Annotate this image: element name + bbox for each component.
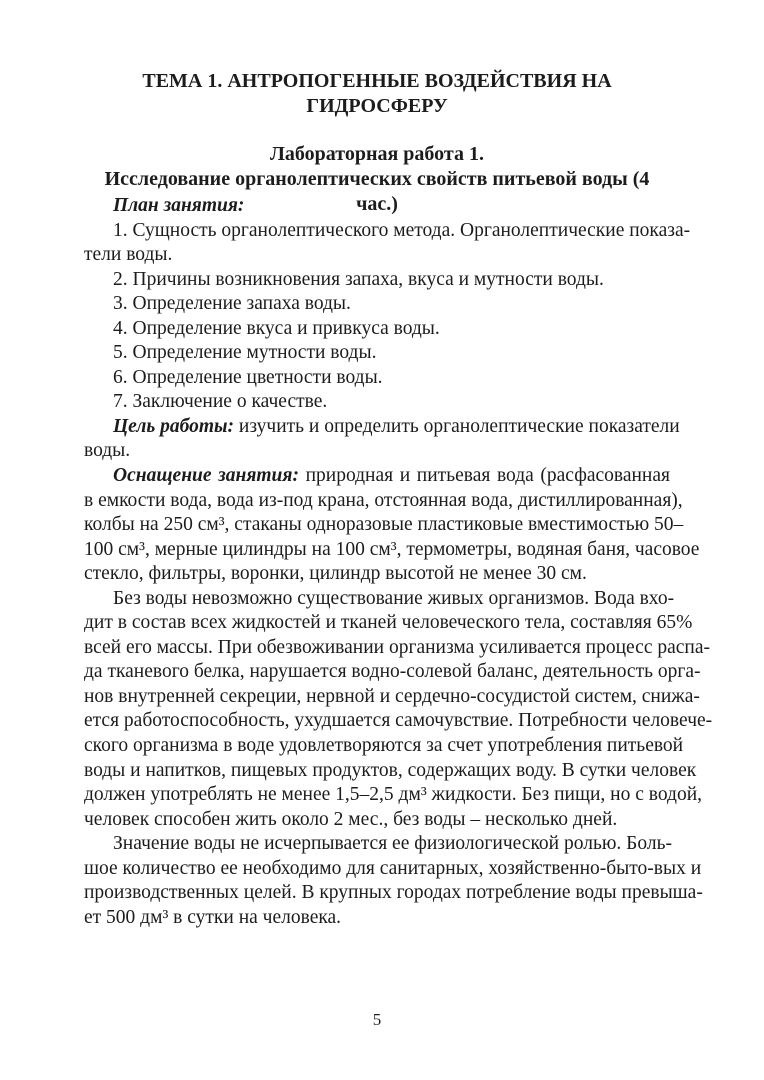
equipment-paragraph-line: Оснащение занятия: природная и питьевая … <box>84 464 670 489</box>
plan-item-line: 7. Заключение о качестве. <box>84 390 670 415</box>
equipment-paragraph-line: в емкости вода, вода из-под крана, отсто… <box>84 489 670 514</box>
topic-title: ТЕМА 1. АНТРОПОГЕННЫЕ ВОЗДЕЙСТВИЯ НА ГИД… <box>84 69 670 119</box>
paragraph-line: производственных целей. В крупных города… <box>84 881 670 906</box>
plan-item-line: 1. Сущность органолептического метода. О… <box>84 219 670 244</box>
paragraph-line: Значение воды не исчерпывается ее физиол… <box>84 832 670 857</box>
equipment-paragraph-line: 100 см³, мерные цилиндры на 100 см³, тер… <box>84 538 670 563</box>
document-page: ТЕМА 1. АНТРОПОГЕННЫЕ ВОЗДЕЙСТВИЯ НА ГИД… <box>0 0 764 1080</box>
plan-item-line: 6. Определение цветности воды. <box>84 366 670 391</box>
page-number: 5 <box>84 1010 670 1030</box>
equipment-lead-label: Оснащение занятия: <box>113 465 299 486</box>
lab-work-title: Лабораторная работа 1. <box>84 142 670 167</box>
paragraph-line: Без воды невозможно существование живых … <box>84 587 670 612</box>
goal-paragraph-line: Цель работы: изучить и определить органо… <box>84 415 670 440</box>
equipment-paragraph-line: стекло, фильтры, воронки, цилиндр высото… <box>84 562 670 587</box>
paragraph-line: да тканевого белка, нарушается водно-сол… <box>84 660 670 685</box>
paragraph-line: ского организма в воде удовлетворяются з… <box>84 734 670 759</box>
paragraph-line: нов внутренней секреции, нервной и серде… <box>84 685 670 710</box>
goal-lead-label: Цель работы: <box>113 416 234 437</box>
plan-heading: План занятия: <box>84 194 670 219</box>
plan-item-line: тели воды. <box>84 243 670 268</box>
plan-item-line: 4. Определение вкуса и привкуса воды. <box>84 317 670 342</box>
equipment-text: природная и питьевая вода (расфасованная <box>306 465 670 486</box>
paragraph-line: человек способен жить около 2 мес., без … <box>84 808 670 833</box>
paragraph-line: воды и напитков, пищевых продуктов, соде… <box>84 759 670 784</box>
plan-item-line: 3. Определение запаха воды. <box>84 292 670 317</box>
paragraph-line: всей его массы. При обезвоживании органи… <box>84 636 670 661</box>
goal-text: изучить и определить органолептические п… <box>239 416 680 437</box>
paragraph-line: шое количество ее необходимо для санитар… <box>84 857 670 882</box>
goal-paragraph-line: воды. <box>84 439 670 464</box>
body-text: План занятия: 1. Сущность органолептичес… <box>84 194 670 930</box>
equipment-paragraph-line: колбы на 250 см³, стаканы одноразовые пл… <box>84 513 670 538</box>
paragraph-line: должен употреблять не менее 1,5–2,5 дм³ … <box>84 783 670 808</box>
paragraph-line: ется работоспособность, ухудшается самоч… <box>84 709 670 734</box>
paragraph-line: ет 500 дм³ в сутки на человека. <box>84 906 670 931</box>
plan-item-line: 5. Определение мутности воды. <box>84 341 670 366</box>
paragraph-line: дит в состав всех жидкостей и тканей чел… <box>84 611 670 636</box>
plan-item-line: 2. Причины возникновения запаха, вкуса и… <box>84 268 670 293</box>
